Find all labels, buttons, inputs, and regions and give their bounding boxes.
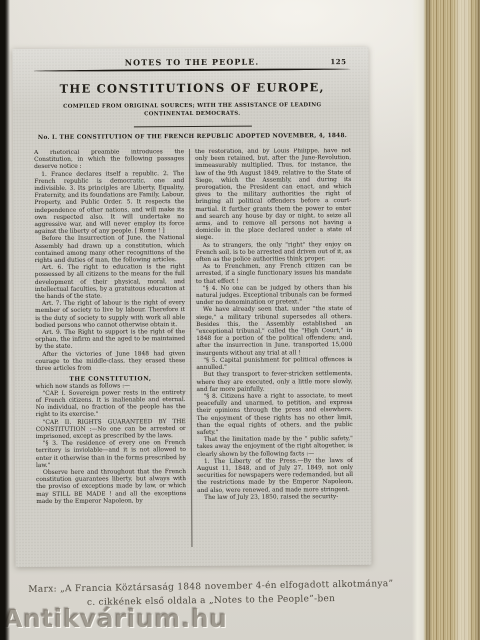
book-fore-edge [426,0,480,640]
paragraph: Art. 7. The right of labour is the right… [35,300,185,330]
paragraph: "§ 8. Citizens have a right to associate… [197,393,353,437]
article-title: THE CONSTITUTIONS OF EUROPE, [34,81,351,96]
paragraph: Observe here and throughout that the Fre… [36,469,186,506]
paragraph: "CAP. II. RIGHTS GUARANTEED BY THE CONST… [36,419,186,442]
paragraph: 1. The Liberty of the Press.—By the laws… [197,458,353,495]
paragraph: "§ 3. The residence of every one on Fren… [36,440,186,470]
paragraph: Before the Insurrection of June, the Nat… [35,235,185,265]
book-page-photo: NOTES TO THE PEOPLE. 125 THE CONSTITUTIO… [0,0,480,640]
journal-title: NOTES TO THE PEOPLE. [125,57,260,68]
paragraph: After the victories of June 1848 had giv… [35,351,185,374]
section-heading: No. I. THE CONSTITUTION OF THE FRENCH RE… [34,133,351,142]
paragraph: As to Frenchmen, any French citizen can … [196,263,352,286]
paragraph: A rhetorical preamble introduces the Con… [34,149,184,172]
divider-rule [133,126,251,128]
header-rule [34,68,351,72]
paragraph: Art. 9. The Right to support is the righ… [35,329,185,352]
paragraph: The law of July 23, 1850, raised the sec… [197,494,353,502]
paragraph: "CAP. I. Sovereign power rests in the en… [36,390,186,420]
paragraph: As to strangers, the only "right" they e… [196,242,352,265]
paragraph: But they transport to fever-stricken set… [196,371,352,394]
page-number: 125 [330,57,346,67]
paragraph: Art. 6. The right to education is the ri… [35,264,185,301]
paragraph: the restoration, and by Louis Philippe, … [195,148,352,243]
left-column: A rhetorical preamble introduces the Con… [34,149,186,548]
paragraph: We have already seen that, under "the st… [196,306,352,357]
paragraph: "§ 5. Capital punishment for political o… [196,357,352,372]
paragraph: "§ 4. No one can be judged by others tha… [196,285,352,308]
running-header: NOTES TO THE PEOPLE. 125 [33,56,350,68]
photo-left-edge [0,0,10,640]
right-column: the restoration, and by Louis Philippe, … [189,148,353,547]
paragraph: 1. France declares itself a republic. 2.… [34,171,184,237]
article-subtitle: COMPILED FROM ORIGINAL SOURCES; WITH THE… [41,102,343,119]
paragraph: That the limitation made by the " public… [197,436,353,459]
facsimile-page: NOTES TO THE PEOPLE. 125 THE CONSTITUTIO… [12,47,371,567]
text-columns: A rhetorical preamble introduces the Con… [34,148,353,548]
watermark-antikvarium: Antikvárium.hu [3,604,227,633]
page-edge-highlight [412,0,426,640]
